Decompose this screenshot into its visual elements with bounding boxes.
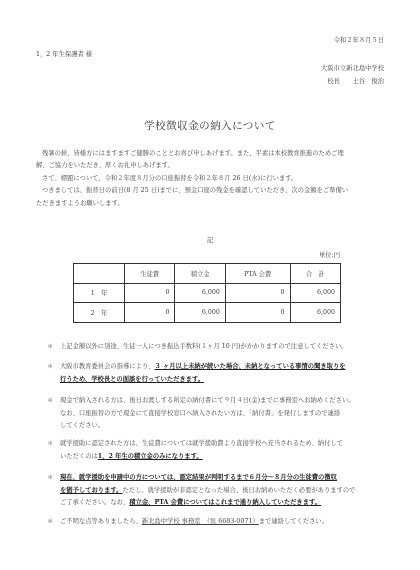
note-unpaid-interview: ＊ 大阪市教育委員会の指導により、３ ヶ月以上未納が続いた場合、未納となっている… (60, 361, 346, 386)
office-contact: 新北島中学校 事務室 （℡ 6683-0071） (142, 518, 259, 525)
recipient: 1，2 年生保護者 様 (36, 50, 92, 60)
row-grade: 1 年 (74, 283, 125, 303)
fee-table: 生徒費 積立金 PTA 会費 合 計 1 年 0 6,000 0 6,000 2… (73, 263, 341, 323)
para1-line1: 残暑の候、皆様方にはますますご健勝のこととお喜び申しあげます。また、平素は本校教… (36, 148, 416, 160)
asterisk-icon: ＊ (47, 438, 53, 451)
table-row: 2 年 0 6,000 0 6,000 (74, 303, 341, 323)
principal-name: 校長 土谷 俊治 (327, 77, 384, 87)
cell-pta: 0 (225, 303, 290, 323)
para1-line2: 解、ご協力をいただき、厚くお礼申しあげます。 (36, 160, 416, 172)
cell-total: 6,000 (290, 303, 340, 323)
cell-pta: 0 (225, 283, 290, 303)
para3-line1: つきましては、振替日の前日(8 月 25 日)までに、預金口座の残金を確認してい… (36, 185, 416, 197)
body-text: 残暑の候、皆様方にはますますご健勝のこととお喜び申しあげます。また、平素は本校教… (36, 148, 416, 210)
unit-label: 単位:円 (319, 251, 340, 261)
cell-savings: 6,000 (175, 283, 225, 303)
table-row: 1 年 0 6,000 0 6,000 (74, 283, 341, 303)
asterisk-icon: ＊ (47, 472, 53, 485)
note-transfer-fee: ＊ 上記金額以外に別途、生徒一人につき振込手数料(１ヶ月 10 円)がかかります… (60, 341, 348, 354)
asterisk-icon: ＊ (47, 361, 53, 374)
page-title: 学校徴収金の納入について (0, 118, 420, 133)
cell-total: 6,000 (290, 283, 340, 303)
row-grade: 2 年 (74, 303, 125, 323)
para3-line2: ただきますようお願いします。 (36, 198, 416, 210)
table-header-blank (74, 264, 125, 284)
cell-student-fee: 0 (125, 303, 175, 323)
cell-savings: 6,000 (175, 303, 225, 323)
table-header-row: 生徒費 積立金 PTA 会費 合 計 (74, 264, 341, 284)
asterisk-icon: ＊ (47, 395, 53, 408)
cell-student-fee: 0 (125, 283, 175, 303)
note-cash-payment: ＊ 現金で納入される方は、後日お渡しする所定の納付書にて９月４日(金)までに事務… (60, 395, 355, 433)
para2: さて、標題について、令和２年度８月分の口座振替を令和２年８月 26 日(水)に行… (36, 173, 416, 185)
note-contact: ＊ ご不明な点等ありましたら、新北島中学校 事務室 （℡ 6683-0071）ま… (60, 516, 328, 529)
table-header-total: 合 計 (290, 264, 340, 284)
note-aid-pending: ＊ 現在、就学援助を申請中の方については、認定結果が判明するまで６月分～８月分の… (60, 472, 355, 510)
school-name: 大阪市立新北島中学校 (321, 64, 384, 74)
table-header-savings: 積立金 (175, 264, 225, 284)
table-header-pta: PTA 会費 (225, 264, 290, 284)
table-header-student-fee: 生徒費 (125, 264, 175, 284)
asterisk-icon: ＊ (47, 341, 53, 354)
ki-heading: 記 (0, 236, 420, 246)
document-date: 令和２年８月５日 (334, 36, 384, 46)
asterisk-icon: ＊ (47, 516, 53, 529)
note-school-aid: ＊ 就学援助に認定された方は、生徒費については就学援助費より直接学校へ充当される… (60, 438, 343, 463)
